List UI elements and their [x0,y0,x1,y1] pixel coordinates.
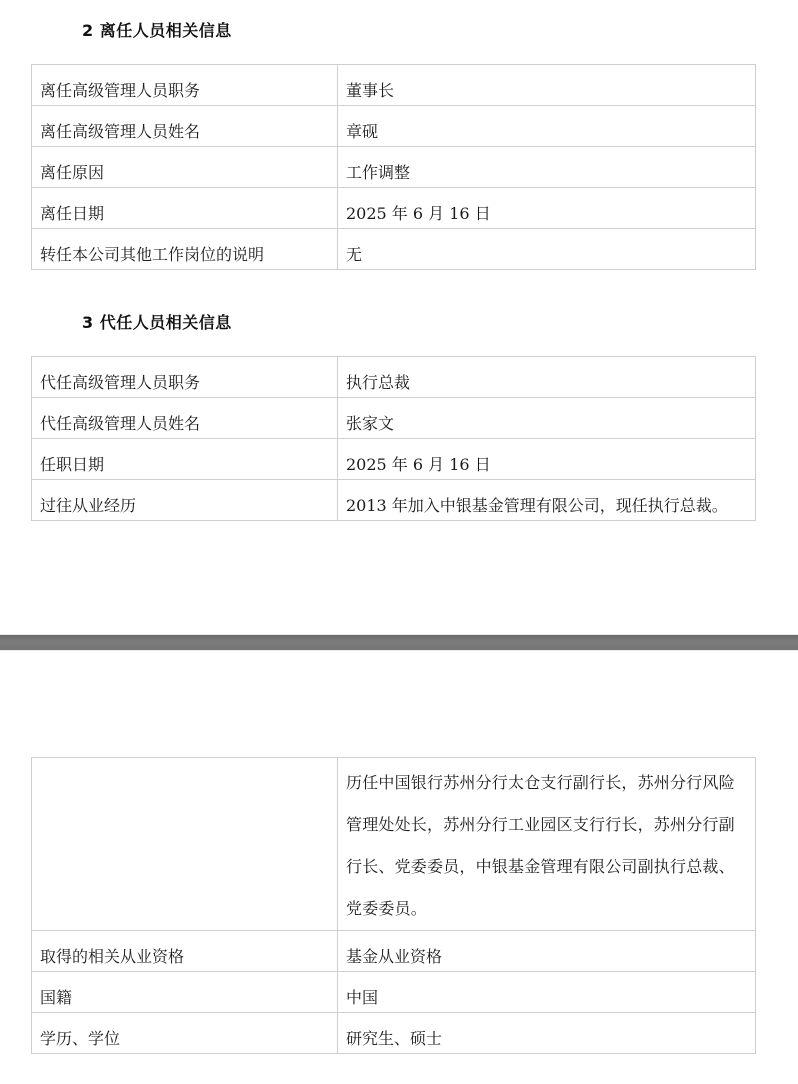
row-label [32,758,338,931]
row-label: 离任原因 [32,147,338,188]
row-label: 任职日期 [32,439,338,480]
acting-personnel-table: 代任高级管理人员职务 执行总裁 代任高级管理人员姓名 张家文 任职日期 2025… [31,356,756,521]
row-value: 董事长 [338,65,756,106]
row-label: 代任高级管理人员姓名 [32,398,338,439]
row-value: 2025 年 6 月 16 日 [338,439,756,480]
row-value: 基金从业资格 [338,931,756,972]
row-value: 章砚 [338,106,756,147]
row-label: 转任本公司其他工作岗位的说明 [32,229,338,270]
table-row: 历任中国银行苏州分行太仓支行副行长，苏州分行风险管理处处长，苏州分行工业园区支行… [32,758,756,931]
row-label: 离任高级管理人员职务 [32,65,338,106]
row-label: 国籍 [32,972,338,1013]
table-row: 过往从业经历 2013 年加入中银基金管理有限公司，现任执行总裁。 [32,480,756,521]
row-value: 2025 年 6 月 16 日 [338,188,756,229]
acting-personnel-continuation-table: 历任中国银行苏州分行太仓支行副行长，苏州分行风险管理处处长，苏州分行工业园区支行… [31,757,756,1054]
row-value: 研究生、硕士 [338,1013,756,1054]
table-row: 离任高级管理人员职务 董事长 [32,65,756,106]
table-row: 代任高级管理人员职务 执行总裁 [32,357,756,398]
row-label: 代任高级管理人员职务 [32,357,338,398]
page-break-divider [0,634,798,651]
row-value: 2013 年加入中银基金管理有限公司，现任执行总裁。 [338,480,756,521]
section-3-title: 3 代任人员相关信息 [82,313,232,333]
row-value: 无 [338,229,756,270]
table-row: 代任高级管理人员姓名 张家文 [32,398,756,439]
row-value: 执行总裁 [338,357,756,398]
table-row: 任职日期 2025 年 6 月 16 日 [32,439,756,480]
table-row: 转任本公司其他工作岗位的说明 无 [32,229,756,270]
row-label: 离任高级管理人员姓名 [32,106,338,147]
row-value: 中国 [338,972,756,1013]
row-value-career-history: 历任中国银行苏州分行太仓支行副行长，苏州分行风险管理处处长，苏州分行工业园区支行… [338,758,756,931]
table-row: 离任高级管理人员姓名 章砚 [32,106,756,147]
table-row: 离任原因 工作调整 [32,147,756,188]
table-row: 国籍 中国 [32,972,756,1013]
row-label: 学历、学位 [32,1013,338,1054]
table-row: 取得的相关从业资格 基金从业资格 [32,931,756,972]
row-value: 张家文 [338,398,756,439]
row-label: 取得的相关从业资格 [32,931,338,972]
table-row: 离任日期 2025 年 6 月 16 日 [32,188,756,229]
row-value: 工作调整 [338,147,756,188]
table-row: 学历、学位 研究生、硕士 [32,1013,756,1054]
row-label: 离任日期 [32,188,338,229]
row-label: 过往从业经历 [32,480,338,521]
departing-personnel-table: 离任高级管理人员职务 董事长 离任高级管理人员姓名 章砚 离任原因 工作调整 离… [31,64,756,270]
section-2-title: 2 离任人员相关信息 [82,21,232,41]
